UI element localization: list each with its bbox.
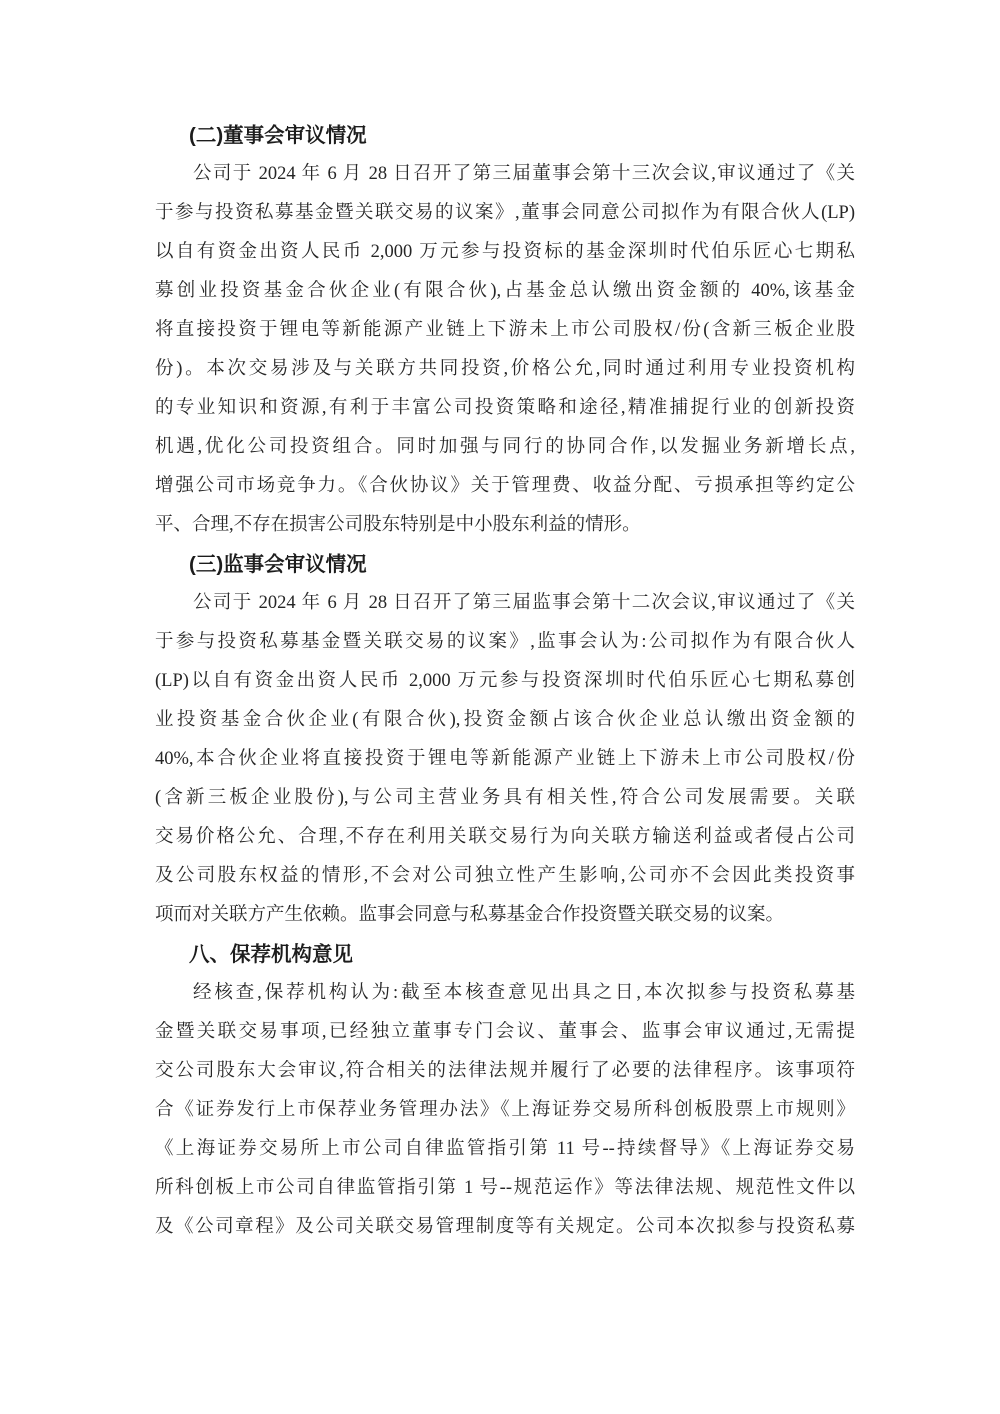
section-board-review: (二)董事会审议情况 公司于 2024 年 6 月 28 日召开了第三届董事会第… — [155, 116, 855, 545]
text-line: 交公司股东大会审议,符合相关的法律法规并履行了必要的法律程序。该事项符 — [155, 1052, 855, 1091]
text-line: 及《公司章程》及公司关联交易管理制度等有关规定。公司本次拟参与投资私募 — [155, 1208, 855, 1247]
text-line: 公司于 2024 年 6 月 28 日召开了第三届董事会第十三次会议,审议通过了… — [155, 155, 855, 194]
text-line: 及公司股东权益的情形,不会对公司独立性产生影响,公司亦不会因此类投资事 — [155, 857, 855, 896]
section-sponsor-opinion: 八、保荐机构意见 经核查,保荐机构认为:截至本核查意见出具之日,本次拟参与投资私… — [155, 935, 855, 1247]
text-line: 于参与投资私募基金暨关联交易的议案》,监事会认为:公司拟作为有限合伙人 — [155, 623, 855, 662]
text-line: 所科创板上市公司自律监管指引第 1 号--规范运作》等法律法规、规范性文件以 — [155, 1169, 855, 1208]
heading-sponsor-opinion: 八、保荐机构意见 — [155, 935, 855, 974]
text-line: 金暨关联交易事项,已经独立董事专门会议、董事会、监事会审议通过,无需提 — [155, 1013, 855, 1052]
text-line: 以自有资金出资人民币 2,000 万元参与投资标的基金深圳时代伯乐匠心七期私 — [155, 233, 855, 272]
text-line: 交易价格公允、合理,不存在利用关联交易行为向关联方输送利益或者侵占公司 — [155, 818, 855, 857]
text-line: (含新三板企业股份),与公司主营业务具有相关性,符合公司发展需要。关联 — [155, 779, 855, 818]
text-line: 份)。本次交易涉及与关联方共同投资,价格公允,同时通过利用专业投资机构 — [155, 350, 855, 389]
section-supervisory-review: (三)监事会审议情况 公司于 2024 年 6 月 28 日召开了第三届监事会第… — [155, 545, 855, 935]
text-line: 的专业知识和资源,有利于丰富公司投资策略和途径,精准捕捉行业的创新投资 — [155, 389, 855, 428]
heading-supervisory-review: (三)监事会审议情况 — [155, 545, 855, 584]
text-line: 公司于 2024 年 6 月 28 日召开了第三届监事会第十二次会议,审议通过了… — [155, 584, 855, 623]
text-line: (LP)以自有资金出资人民币 2,000 万元参与投资深圳时代伯乐匠心七期私募创 — [155, 662, 855, 701]
document-text-block: (二)董事会审议情况 公司于 2024 年 6 月 28 日召开了第三届董事会第… — [155, 116, 855, 1247]
text-line: 机遇,优化公司投资组合。同时加强与同行的协同合作,以发掘业务新增长点, — [155, 428, 855, 467]
text-line: 合《证券发行上市保荐业务管理办法》《上海证券交易所科创板股票上市规则》 — [155, 1091, 855, 1130]
text-line: 经核查,保荐机构认为:截至本核查意见出具之日,本次拟参与投资私募基 — [155, 974, 855, 1013]
document-page: (二)董事会审议情况 公司于 2024 年 6 月 28 日召开了第三届董事会第… — [0, 0, 1000, 1414]
text-line: 《上海证券交易所上市公司自律监管指引第 11 号--持续督导》《上海证券交易 — [155, 1130, 855, 1169]
text-line: 募创业投资基金合伙企业(有限合伙),占基金总认缴出资金额的 40%,该基金 — [155, 272, 855, 311]
text-line: 增强公司市场竞争力。《合伙协议》关于管理费、收益分配、亏损承担等约定公 — [155, 467, 855, 506]
text-line: 项而对关联方产生依赖。监事会同意与私募基金合作投资暨关联交易的议案。 — [155, 896, 855, 935]
text-line: 40%,本合伙企业将直接投资于锂电等新能源产业链上下游未上市公司股权/份 — [155, 740, 855, 779]
heading-board-review: (二)董事会审议情况 — [155, 116, 855, 155]
text-line: 将直接投资于锂电等新能源产业链上下游未上市公司股权/份(含新三板企业股 — [155, 311, 855, 350]
text-line: 业投资基金合伙企业(有限合伙),投资金额占该合伙企业总认缴出资金额的 — [155, 701, 855, 740]
text-line: 于参与投资私募基金暨关联交易的议案》,董事会同意公司拟作为有限合伙人(LP) — [155, 194, 855, 233]
text-line: 平、合理,不存在损害公司股东特别是中小股东利益的情形。 — [155, 506, 855, 545]
